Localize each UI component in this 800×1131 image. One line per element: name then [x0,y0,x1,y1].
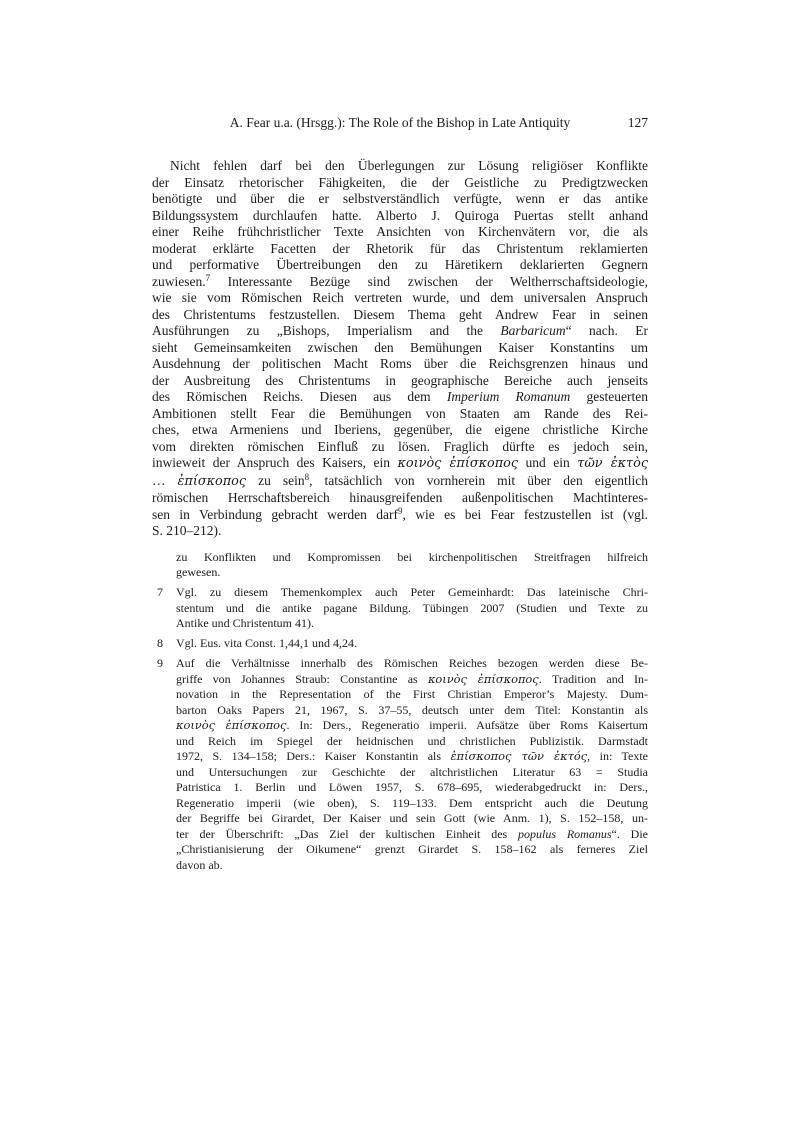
text-line: „Christianisierung der Oikumene“ grenzt … [176,842,648,858]
text-line: der Einsatz rhetorischer Fähigkeiten, di… [152,175,648,192]
text-line: und performative Übertreibungen den zu H… [152,257,648,274]
text-line: stentum und die antike pagane Bildung. T… [176,601,648,617]
italic-phrase: Imperium Romanum [447,389,570,404]
text-line: Regeneratio imperii (wie oben), S. 119–1… [176,796,648,812]
text-line: Ambitionen stellt Fear die Bemühungen vo… [152,406,648,423]
text-line: … ἐπίσκοπος zu sein8, tatsächlich von vo… [152,473,648,491]
footnotes-section: zu Konflikten und Kompromissen bei kirch… [152,550,648,874]
footnote-marker: 8 [305,472,310,482]
text-line: Vgl. zu diesem Themenkomplex auch Peter … [176,585,648,601]
text-line: des Christentums festzustellen. Diesem T… [152,307,648,324]
footnote: zu Konflikten und Kompromissen bei kirch… [152,550,648,581]
text-line: und Reich im Spiegel der heidnischen und… [176,734,648,750]
text-line: Patristica 1. Berlin und Löwen 1957, S. … [176,780,648,796]
text-line: S. 210–212). [152,523,648,540]
text-line: des Römischen Reichs. Diesen aus dem Imp… [152,389,648,406]
text-line: gewesen. [176,565,648,581]
footnote: 7Vgl. zu diesem Themenkomplex auch Peter… [152,585,648,632]
footnote-number: 8 [157,636,163,652]
greek-phrase: τῶν ἐκτὸς [577,456,648,471]
text-line: der Begriffe bei Girardet, Der Kaiser un… [176,811,648,827]
italic-phrase: populus Romanus [518,827,612,841]
footnote: 9Auf die Verhältnisse innerhalb des Römi… [152,656,648,873]
text-line: zu Konflikten und Kompromissen bei kirch… [176,550,648,566]
greek-phrase: κοινὸς ἐπίσκοπος [428,672,539,686]
text-line: sen in Verbindung gebracht werden darf9,… [152,507,648,524]
text-line: wie sie vom Römischen Reich vertreten wu… [152,290,648,307]
text-line: ches, etwa Armeniens und Iberiens, gegen… [152,422,648,439]
footnote-marker: 9 [398,506,403,516]
footnote: 8Vgl. Eus. vita Const. 1,44,1 und 4,24. [152,636,648,652]
text-line: Ausdehnung der politischen Macht Roms üb… [152,356,648,373]
text-line: der Ausbreitung des Christentums in geog… [152,373,648,390]
greek-phrase: ἐπίσκοπος [178,474,247,489]
italic-phrase: Barbaricum [500,323,565,338]
text-line: einer Reihe frühchristlicher Texte Ansic… [152,224,648,241]
footnote-number: 7 [157,585,163,601]
page-number: 127 [628,114,648,131]
text-line: κοινὸς ἐπίσκοπος. In: Ders., Regeneratio… [176,718,648,734]
text-line: inwieweit der Anspruch des Kaisers, ein … [152,455,648,473]
text-line: Nicht fehlen darf bei den Überlegungen z… [152,158,648,175]
page: A. Fear u.a. (Hrsgg.): The Role of the B… [152,0,648,873]
text-line: römischen Herrschaftsbereich hinausgreif… [152,490,648,507]
text-line: Bildungssystem durchlaufen hatte. Albert… [152,208,648,225]
review-paragraph: Nicht fehlen darf bei den Überlegungen z… [152,158,648,540]
text-line: Antike und Christentum 41). [176,616,648,632]
footnote-marker: 7 [206,273,211,283]
greek-phrase: κοινὸς ἐπίσκοπος [176,718,286,732]
text-line: davon ab. [176,858,648,874]
text-line: griffe von Johannes Straub: Constantine … [176,672,648,688]
header-title: A. Fear u.a. (Hrsgg.): The Role of the B… [152,114,648,131]
text-line: und Untersuchungen zur Geschichte der al… [176,765,648,781]
text-line: Auf die Verhältnisse innerhalb des Römis… [176,656,648,672]
text-line: sieht Gemeinsamkeiten zwischen den Bemüh… [152,340,648,357]
text-line: barton Oaks Papers 21, 1967, S. 37–55, d… [176,703,648,719]
text-line: novation in the Representation of the Fi… [176,687,648,703]
text-line: vom direkten römischen Einfluß zu lösen.… [152,439,648,456]
text-line: benötigte und über die er selbstverständ… [152,191,648,208]
running-header: A. Fear u.a. (Hrsgg.): The Role of the B… [152,114,648,131]
greek-phrase: κοινὸς ἐπίσκοπος [398,456,519,471]
text-line: 1972, S. 134–158; Ders.: Kaiser Konstant… [176,749,648,765]
text-line: Vgl. Eus. vita Const. 1,44,1 und 4,24. [176,636,648,652]
text-line: moderat erklärte Facetten der Rhetorik f… [152,241,648,258]
text-line: ter der Überschrift: „Das Ziel der kulti… [176,827,648,843]
footnote-number: 9 [157,656,163,672]
text-line: Ausführungen zu „Bishops, Imperialism an… [152,323,648,340]
text-line: zuwiesen.7 Interessante Bezüge sind zwis… [152,274,648,291]
greek-phrase: ἐπίσκοπος τῶν ἐκτός [450,749,587,763]
